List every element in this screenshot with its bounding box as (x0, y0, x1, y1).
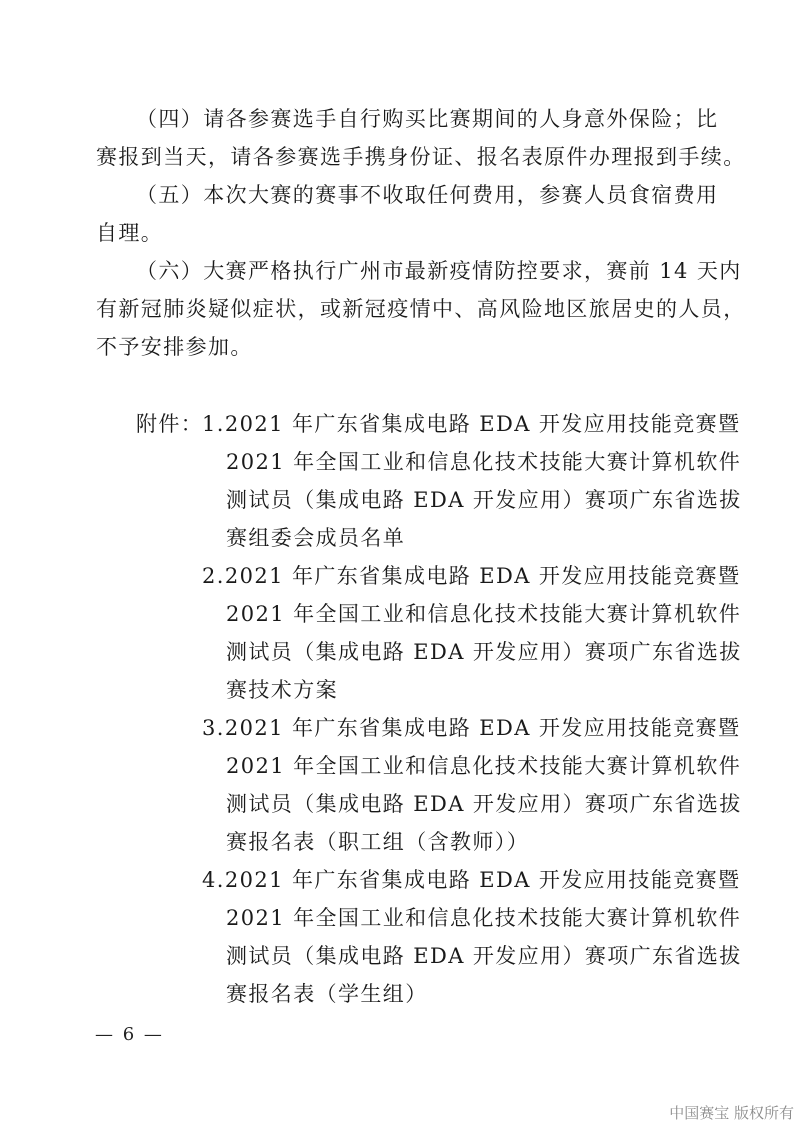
paragraph-6-line-3: 不予安排参加。 (96, 328, 253, 366)
paragraph-6-line-2: 有新冠肺炎疑似症状，或新冠疫情中、高风险地区旅居史的人员， (96, 290, 746, 328)
attachments-label: 附件： (136, 405, 203, 443)
attachment-4-line-2: 2021 年全国工业和信息化技术技能大赛计算机软件 (226, 899, 741, 937)
attachment-1-line-3: 测试员（集成电路 EDA 开发应用）赛项广东省选拔 (226, 481, 742, 519)
attachment-3-line-1: 3.2021 年广东省集成电路 EDA 开发应用技能竞赛暨 (202, 709, 740, 747)
attachment-2-line-4: 赛技术方案 (226, 671, 338, 709)
attachment-4-line-3: 测试员（集成电路 EDA 开发应用）赛项广东省选拔 (226, 937, 742, 975)
attachment-1-line-1: 1.2021 年广东省集成电路 EDA 开发应用技能竞赛暨 (202, 405, 740, 443)
attachment-1-line-4: 赛组委会成员名单 (226, 519, 405, 557)
attachment-3-line-2: 2021 年全国工业和信息化技术技能大赛计算机软件 (226, 747, 741, 785)
paragraph-6-line-1: （六）大赛严格执行广州市最新疫情防控要求，赛前 14 天内 (136, 252, 742, 290)
attachment-2-line-2: 2021 年全国工业和信息化技术技能大赛计算机软件 (226, 595, 741, 633)
attachment-2-line-3: 测试员（集成电路 EDA 开发应用）赛项广东省选拔 (226, 633, 742, 671)
copyright-watermark: 中国赛宝 版权所有 (669, 1102, 794, 1123)
attachment-4-line-1: 4.2021 年广东省集成电路 EDA 开发应用技能竞赛暨 (202, 861, 740, 899)
attachment-2-line-1: 2.2021 年广东省集成电路 EDA 开发应用技能竞赛暨 (202, 557, 740, 595)
attachment-1-line-2: 2021 年全国工业和信息化技术技能大赛计算机软件 (226, 443, 741, 481)
attachment-4-line-4: 赛报名表（学生组） (226, 975, 428, 1013)
attachment-3-line-3: 测试员（集成电路 EDA 开发应用）赛项广东省选拔 (226, 785, 742, 823)
paragraph-5-line-2: 自理。 (96, 214, 163, 252)
attachment-3-line-4: 赛报名表（职工组（含教师）） (226, 823, 529, 861)
page-number: — 6 — (95, 1024, 164, 1045)
paragraph-5-line-1: （五）本次大赛的赛事不收取任何费用，参赛人员食宿费用 (136, 176, 718, 214)
paragraph-4-line-2: 赛报到当天，请各参赛选手携身份证、报名表原件办理报到手续。 (96, 138, 746, 176)
paragraph-4-line-1: （四）请各参赛选手自行购买比赛期间的人身意外保险；比 (136, 100, 718, 138)
